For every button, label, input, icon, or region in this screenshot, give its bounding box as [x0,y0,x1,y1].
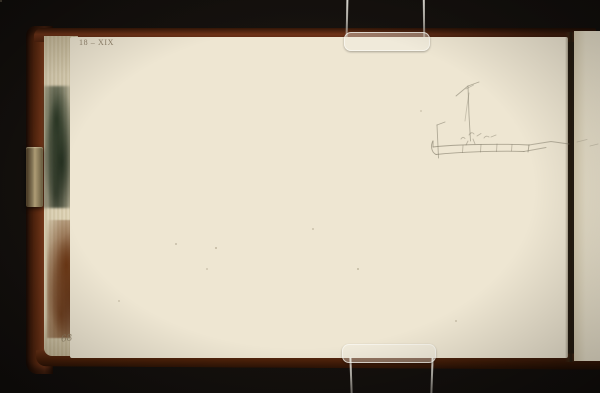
boat-mast-and-pennant [456,82,479,141]
brass-clasp [26,147,43,207]
boat-bow-staff [437,122,445,158]
conservation-strap-bottom [342,344,436,363]
boat-deck-detail-marks [461,133,496,145]
conservation-strap-top [344,32,430,51]
photograph-of-sketchbook: 18 – XIX 68 [0,0,600,393]
paper-specks [0,0,2,2]
folio-number: 68 [60,333,73,344]
boat-hull [432,141,529,155]
accession-stamp: 18 – XIX [79,38,114,48]
pencil-boat-sketch [425,75,600,175]
boat-bowsprit [524,142,569,152]
faint-marks-right-page [577,140,598,147]
